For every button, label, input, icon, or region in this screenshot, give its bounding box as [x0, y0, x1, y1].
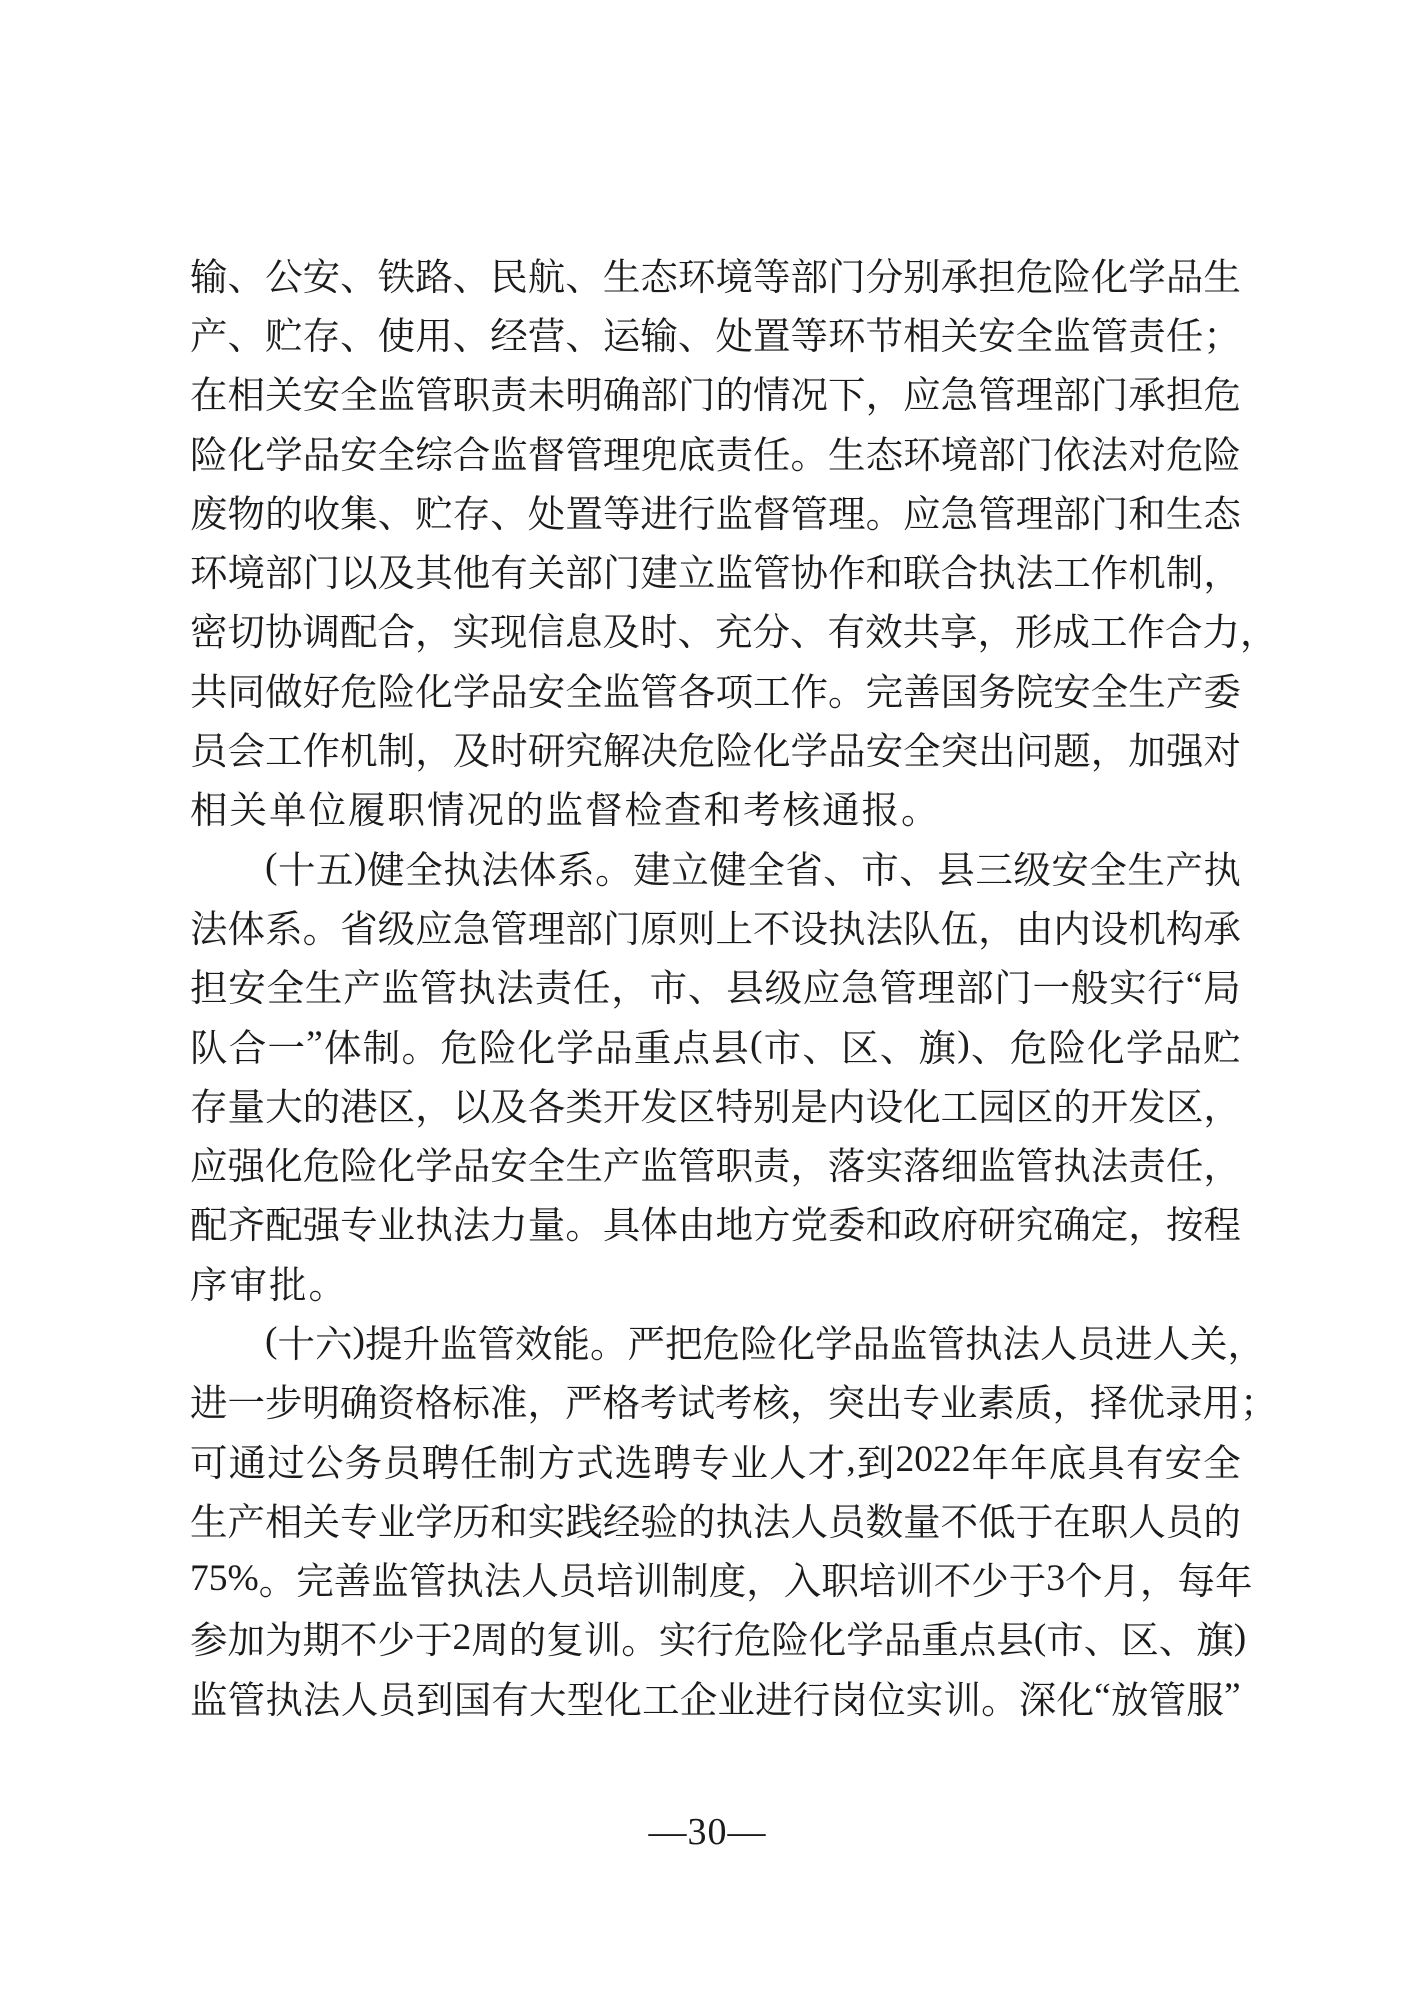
text-line: 相关单位履职情况的监督检查和考核通报。 — [190, 778, 1241, 837]
text-line: 密切协调配合，实现信息及时、充分、有效共享，形成工作合力， — [190, 600, 1241, 659]
text-line: 担安全生产监管执法责任，市、县级应急管理部门一般实行“局 — [190, 956, 1241, 1015]
document-body-text: 输、公安、铁路、民航、生态环境等部门分别承担危险化学品生产、贮存、使用、经营、运… — [190, 244, 1241, 1726]
text-line: 员会工作机制，及时研究解决危险化学品安全突出问题，加强对 — [190, 718, 1241, 777]
text-line: 存量大的港区，以及各类开发区特别是内设化工园区的开发区， — [190, 1074, 1241, 1133]
text-line: 生产相关专业学历和实践经验的执法人员数量不低于在职人员的 — [190, 1489, 1241, 1548]
text-line: (十五)健全执法体系。建立健全省、市、县三级安全生产执 — [190, 837, 1241, 896]
text-line: 进一步明确资格标准，严格考试考核，突出专业素质，择优录用； — [190, 1371, 1241, 1430]
text-line: 75%。完善监管执法人员培训制度，入职培训不少于3个月，每年 — [190, 1549, 1241, 1608]
text-line: (十六)提升监管效能。严把危险化学品监管执法人员进人关， — [190, 1311, 1241, 1370]
text-line: 序审批。 — [190, 1252, 1241, 1311]
text-line: 共同做好危险化学品安全监管各项工作。完善国务院安全生产委 — [190, 659, 1241, 718]
text-line: 法体系。省级应急管理部门原则上不设执法队伍，由内设机构承 — [190, 896, 1241, 955]
text-line: 可通过公务员聘任制方式选聘专业人才,到2022年年底具有安全 — [190, 1430, 1241, 1489]
text-line: 产、贮存、使用、经营、运输、处置等环节相关安全监管责任； — [190, 303, 1241, 362]
document-page: 输、公安、铁路、民航、生态环境等部门分别承担危险化学品生产、贮存、使用、经营、运… — [0, 0, 1415, 2000]
text-line: 险化学品安全综合监督管理兜底责任。生态环境部门依法对危险 — [190, 422, 1241, 481]
text-line: 配齐配强专业执法力量。具体由地方党委和政府研究确定，按程 — [190, 1193, 1241, 1252]
text-line: 参加为期不少于2周的复训。实行危险化学品重点县(市、区、旗) — [190, 1608, 1241, 1667]
text-line: 队合一”体制。危险化学品重点县(市、区、旗)、危险化学品贮 — [190, 1015, 1241, 1074]
page-number: —30— — [0, 1810, 1415, 1854]
text-line: 在相关安全监管职责未明确部门的情况下，应急管理部门承担危 — [190, 363, 1241, 422]
text-line: 废物的收集、贮存、处置等进行监督管理。应急管理部门和生态 — [190, 481, 1241, 540]
text-line: 监管执法人员到国有大型化工企业进行岗位实训。深化“放管服” — [190, 1667, 1241, 1726]
text-line: 应强化危险化学品安全生产监管职责，落实落细监管执法责任， — [190, 1133, 1241, 1192]
text-line: 环境部门以及其他有关部门建立监管协作和联合执法工作机制， — [190, 540, 1241, 599]
text-line: 输、公安、铁路、民航、生态环境等部门分别承担危险化学品生 — [190, 244, 1241, 303]
